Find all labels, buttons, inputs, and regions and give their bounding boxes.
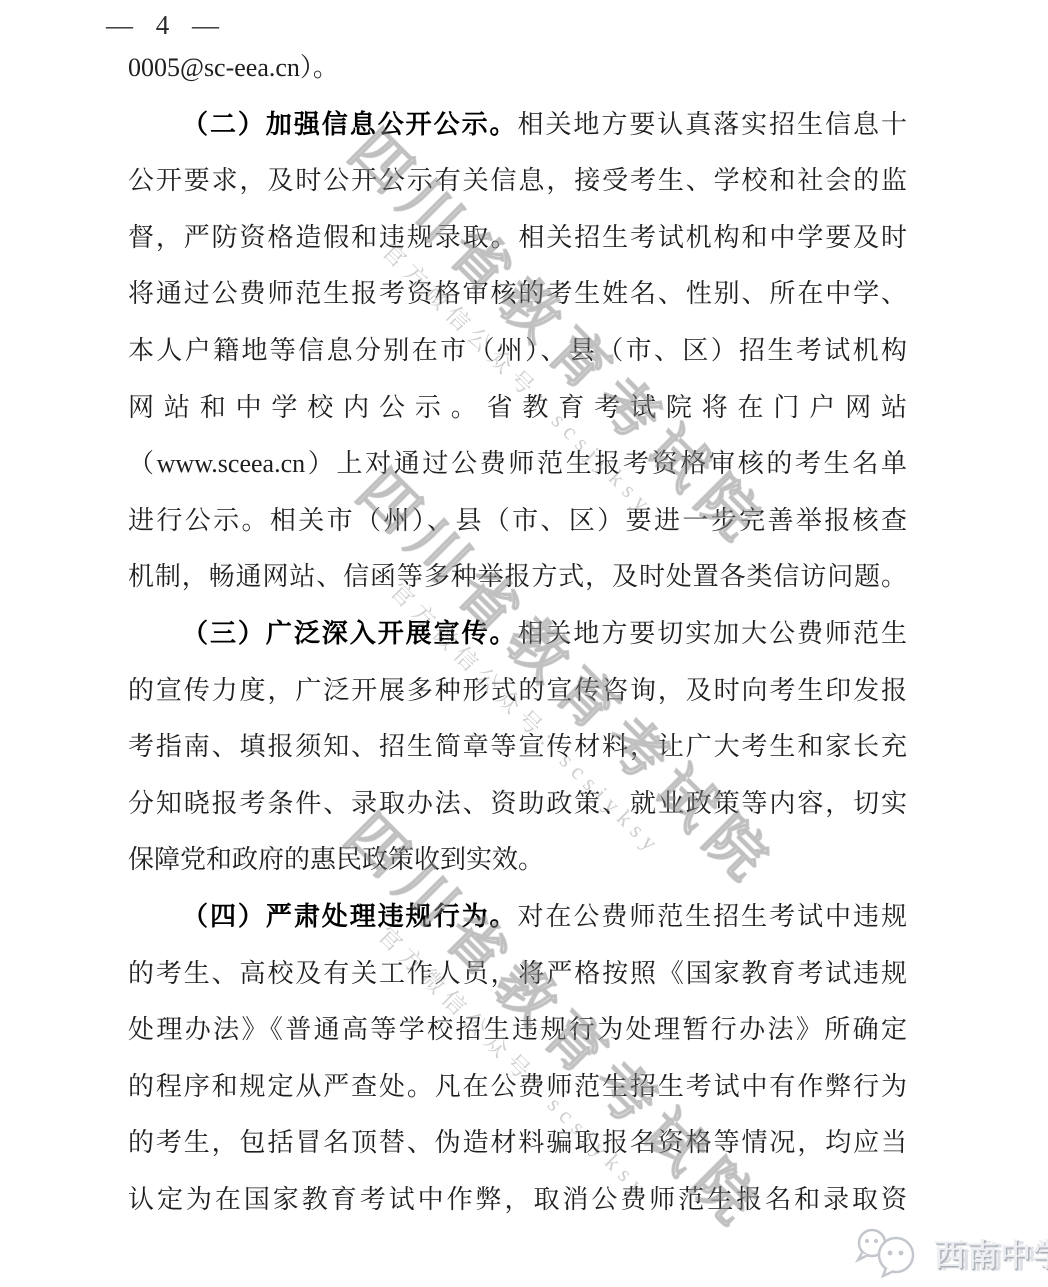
text-line: 机制，畅通网站、信函等多种举报方式，及时处置各类信访问题。 [128, 549, 907, 606]
body-segment: 网站和中学校内公示。省教育考试院将在门户网站 [128, 393, 907, 422]
body-segment: 认定为在国家教育考试中作弊，取消公费师范生报名和录取资 [128, 1185, 907, 1214]
text-line: 进行公示。相关市（州）、县（市、区）要进一步完善举报核查 [128, 493, 907, 550]
heading-segment: （四）严肃处理违规行为。 [182, 902, 518, 931]
heading-segment: （三）广泛深入开展宣传。 [182, 619, 518, 648]
document-body: 0005@sc-eea.cn）。（二）加强信息公开公示。相关地方要认真落实招生信… [128, 40, 907, 1228]
text-line: 本人户籍地等信息分别在市（州）、县（市、区）招生考试机构 [128, 323, 907, 380]
body-segment: 分知晓报考条件、录取办法、资助政策、就业政策等内容，切实 [128, 789, 907, 818]
heading-segment: （二）加强信息公开公示。 [182, 110, 518, 139]
wechat-account-logo: 西南中学生 [852, 1226, 1048, 1278]
chat-bubbles-icon [852, 1226, 926, 1278]
body-segment: （www.sceea.cn）上对通过公费师范生报考资格审核的考生名单 [128, 449, 907, 478]
text-line: 考指南、填报须知、招生简章等宣传材料，让广大考生和家长充 [128, 719, 907, 776]
text-line: 0005@sc-eea.cn）。 [128, 40, 907, 97]
text-line: （三）广泛深入开展宣传。相关地方要切实加大公费师范生 [128, 606, 907, 663]
text-line: （www.sceea.cn）上对通过公费师范生报考资格审核的考生名单 [128, 436, 907, 493]
page-number: — 4 — [106, 10, 227, 41]
text-line: 处理办法》《普通高等学校招生违规行为处理暂行办法》所确定 [128, 1002, 907, 1059]
body-segment: 的程序和规定从严查处。凡在公费师范生招生考试中有作弊行为 [128, 1072, 907, 1101]
body-segment: 机制，畅通网站、信函等多种举报方式，及时处置各类信访问题。 [128, 562, 907, 591]
text-line: 保障党和政府的惠民政策收到实效。 [128, 832, 907, 889]
logo-text: 西南中学生 [934, 1230, 1048, 1275]
body-segment: 对在公费师范生招生考试中违规 [518, 902, 907, 931]
body-segment: 督，严防资格造假和违规录取。相关招生考试机构和中学要及时 [128, 223, 907, 252]
body-segment: 相关地方要切实加大公费师范生 [518, 619, 907, 648]
body-segment: 公开要求，及时公开公示有关信息，接受考生、学校和社会的监 [128, 166, 907, 195]
text-line: （二）加强信息公开公示。相关地方要认真落实招生信息十 [128, 97, 907, 154]
body-segment: 处理办法》《普通高等学校招生违规行为处理暂行办法》所确定 [128, 1015, 907, 1044]
text-line: 网站和中学校内公示。省教育考试院将在门户网站 [128, 380, 907, 437]
text-line: 的宣传力度，广泛开展多种形式的宣传咨询，及时向考生印发报 [128, 663, 907, 720]
body-segment: 的考生，包括冒名顶替、伪造材料骗取报名资格等情况，均应当 [128, 1128, 907, 1157]
text-line: 认定为在国家教育考试中作弊，取消公费师范生报名和录取资 [128, 1172, 907, 1229]
text-line: 督，严防资格造假和违规录取。相关招生考试机构和中学要及时 [128, 210, 907, 267]
body-segment: 的考生、高校及有关工作人员，将严格按照《国家教育考试违规 [128, 959, 907, 988]
text-line: 分知晓报考条件、录取办法、资助政策、就业政策等内容，切实 [128, 776, 907, 833]
body-segment: 进行公示。相关市（州）、县（市、区）要进一步完善举报核查 [128, 506, 907, 535]
body-segment: 考指南、填报须知、招生简章等宣传材料，让广大考生和家长充 [128, 732, 907, 761]
document-page: — 4 — 0005@sc-eea.cn）。（二）加强信息公开公示。相关地方要认… [0, 0, 1048, 1287]
text-line: 公开要求，及时公开公示有关信息，接受考生、学校和社会的监 [128, 153, 907, 210]
text-line: 将通过公费师范生报考资格审核的考生姓名、性别、所在中学、 [128, 266, 907, 323]
body-segment: 将通过公费师范生报考资格审核的考生姓名、性别、所在中学、 [128, 279, 907, 308]
text-line: （四）严肃处理违规行为。对在公费师范生招生考试中违规 [128, 889, 907, 946]
body-segment: 本人户籍地等信息分别在市（州）、县（市、区）招生考试机构 [128, 336, 907, 365]
text-line: 的程序和规定从严查处。凡在公费师范生招生考试中有作弊行为 [128, 1059, 907, 1116]
body-segment: 的宣传力度，广泛开展多种形式的宣传咨询，及时向考生印发报 [128, 676, 907, 705]
text-line: 的考生，包括冒名顶替、伪造材料骗取报名资格等情况，均应当 [128, 1115, 907, 1172]
body-segment: 0005@sc-eea.cn）。 [128, 53, 339, 82]
body-segment: 相关地方要认真落实招生信息十 [518, 110, 907, 139]
body-segment: 保障党和政府的惠民政策收到实效。 [128, 845, 544, 874]
text-line: 的考生、高校及有关工作人员，将严格按照《国家教育考试违规 [128, 946, 907, 1003]
